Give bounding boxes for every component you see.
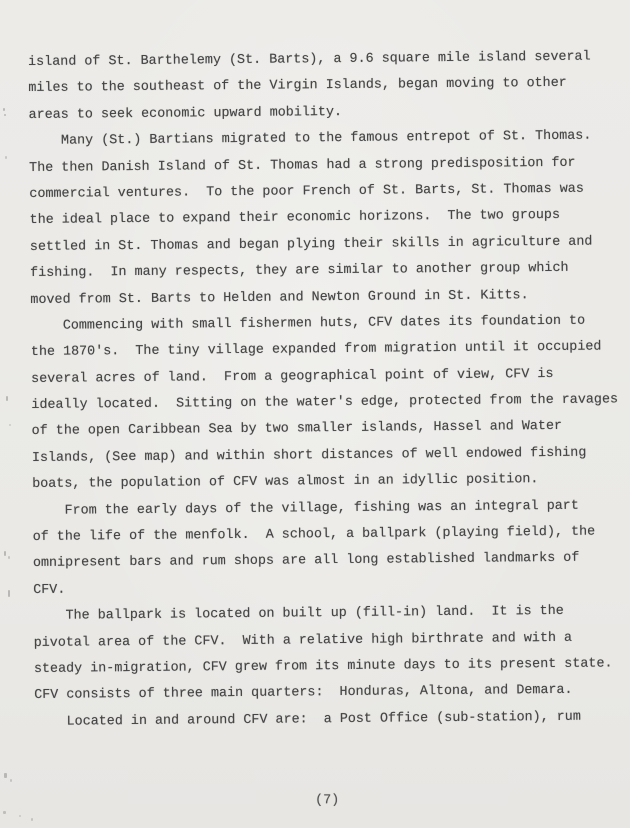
scan-artifact [10,779,12,782]
scan-artifact [8,556,10,559]
scan-artifact [3,811,6,814]
scan-artifact [4,551,6,556]
scan-artifact [4,114,6,116]
scan-artifact [9,424,11,426]
scan-artifact [19,815,21,817]
scan-artifact [4,773,7,778]
scan-artifact [3,108,5,111]
scan-artifact [6,396,8,401]
scan-artifact [8,590,10,597]
scan-artifact [5,156,7,159]
document-text-block: island of St. Barthelemy (St. Barts), a … [28,44,630,736]
scan-artifact [31,818,33,821]
